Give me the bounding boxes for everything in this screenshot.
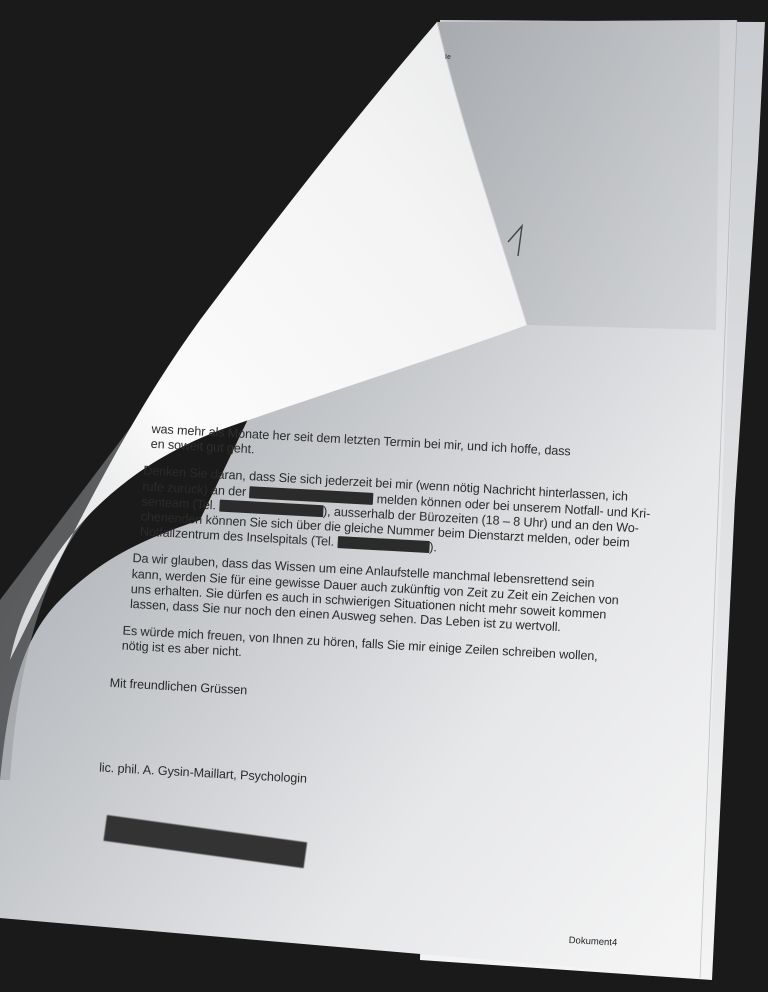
paper-shapes (0, 0, 768, 992)
stray-text-fragment: le (445, 54, 451, 61)
photo-scene: le was mehr als Monate her seit dem letz… (0, 0, 768, 992)
handwritten-page-number (505, 220, 535, 260)
